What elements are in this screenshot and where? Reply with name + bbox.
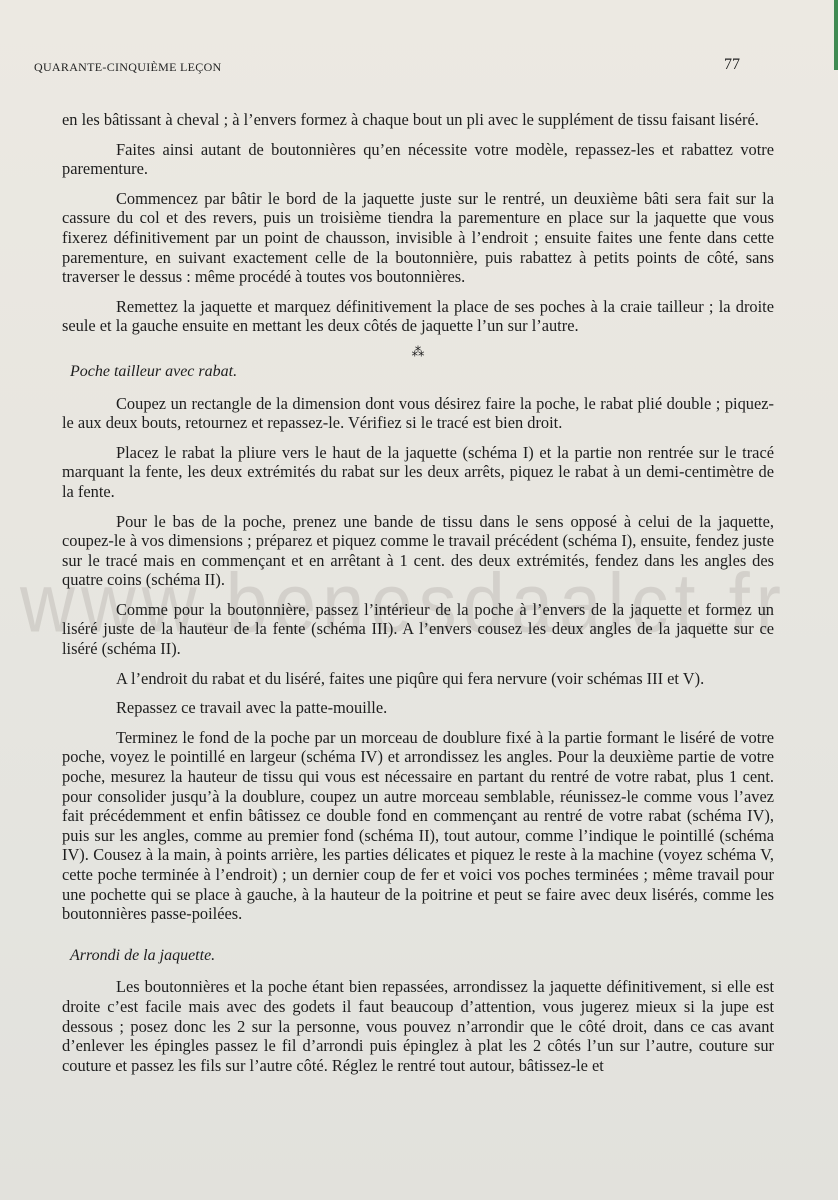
paragraph: Terminez le fond de la poche par un morc… <box>62 728 774 924</box>
paragraph: Repassez ce travail avec la patte-mouill… <box>62 698 774 718</box>
section-heading-poche: Poche tailleur avec rabat. <box>70 362 774 382</box>
paragraph: en les bâtissant à cheval ; à l’envers f… <box>62 110 774 130</box>
paragraph: Commencez par bâtir le bord de la jaquet… <box>62 189 774 287</box>
paragraph: Les boutonnières et la poche étant bien … <box>62 977 774 1075</box>
running-header: Quarante-cinquième leçon 77 <box>34 58 740 76</box>
paragraph: Placez le rabat la pliure vers le haut d… <box>62 443 774 502</box>
paragraph: Comme pour la boutonnière, passez l’inté… <box>62 600 774 659</box>
paragraph: Remettez la jaquette et marquez définiti… <box>62 297 774 336</box>
page-number: 77 <box>724 56 740 74</box>
asterism-separator: ⁂ <box>62 346 774 358</box>
paragraph: Faites ainsi autant de boutonnières qu’e… <box>62 140 774 179</box>
page-body: en les bâtissant à cheval ; à l’envers f… <box>62 110 774 1085</box>
paragraph: A l’endroit du rabat et du liséré, faite… <box>62 669 774 689</box>
background-edge <box>834 0 838 70</box>
paragraph: Coupez un rectangle de la dimension dont… <box>62 394 774 433</box>
book-page: Quarante-cinquième leçon 77 www.benesdaa… <box>0 0 838 1200</box>
running-title: Quarante-cinquième leçon <box>34 60 222 74</box>
section-heading-arrondi: Arrondi de la jaquette. <box>70 946 774 966</box>
paragraph: Pour le bas de la poche, prenez une band… <box>62 512 774 590</box>
